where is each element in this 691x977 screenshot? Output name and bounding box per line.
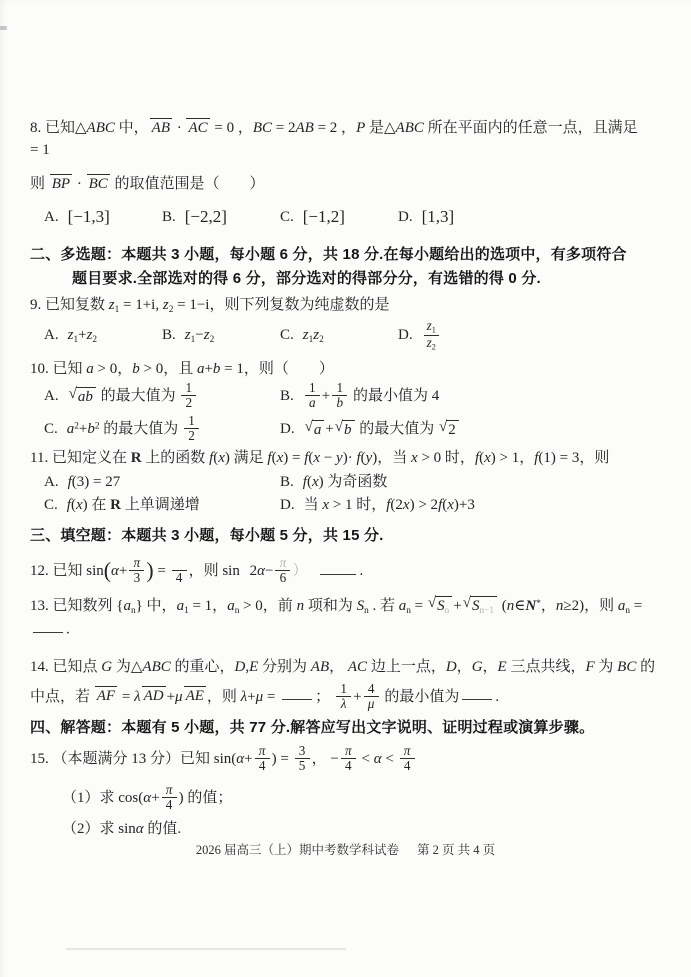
option-value: z1−z2 [185,325,214,347]
fraction-numerator: π [129,556,144,571]
math-var: AE [186,688,204,704]
faint-print: n [445,598,450,614]
text-run: ) 满足 [225,450,268,466]
option-a: A.[−1,3] [44,205,162,230]
vector-overline: AB [150,118,172,137]
text-run: ，则 sin [189,563,244,579]
text-run: . [359,563,363,579]
text-run [177,555,180,570]
text-run: 的值. [144,821,182,837]
math-var: BC [253,120,272,136]
option-label: D. [398,207,413,229]
text-run: + [244,751,252,767]
fraction-numerator: π [162,783,177,798]
option-label: A. [44,386,59,408]
answer-blank [462,685,492,700]
question-11-stem: 11. 已知定义在 R 上的函数 f(x) 满足 f(x) = f(x − y)… [30,448,673,470]
text-run: 4 [166,797,173,812]
fraction-numerator: π [341,744,356,759]
math-var: π [166,782,173,797]
text-run: 的最小值为 [381,688,460,704]
footer-exam-title: 2026 届高三（上）期中考数学科试卷 [196,843,399,857]
math-var: α [374,751,382,767]
question-15-part-1: （1）求 cos(α+π4) 的值； [30,784,673,813]
text-run: ≥2)，则 [563,598,617,614]
footer-page-number: 第 2 页 共 4 页 [417,843,495,857]
text-run: [−1,3] [68,207,110,226]
fraction-numerator: 1 [181,381,196,396]
text-run: = 1，则（ ） [220,361,333,377]
question-14-line-2: 中点，若 AF = λAD+μAE，则 λ+μ = ；1λ+4μ 的最小值为. [30,683,673,712]
fraction-numerator: 1 [184,414,199,429]
option-c: C.z1z2 [280,325,398,347]
question-8-options: A.[−1,3] B.[−2,2] C.[−1,2] D.[1,3] [30,205,673,230]
question-8: 8. 已知△ABC 中，AB · AC = 0 ，BC = 2AB = 2 ，P… [30,118,673,230]
fraction-denominator: 2 [183,396,196,410]
text-run: 上单调递增 [121,497,200,513]
text-run: = [263,688,279,704]
text-run: } 中， [136,598,177,614]
math-var: AB [296,120,314,136]
math-var: P [356,120,365,136]
exam-content: 8. 已知△ABC 中，AB · AC = 0 ，BC = 2AB = 2 ，P… [30,118,673,848]
math-var: AC [188,120,207,136]
section-3-header: 三、填空题：本题共 3 小题，每小题 5 分，共 15 分. [30,525,673,547]
text-run: 是△ [365,120,395,136]
option-c: C.f(x) 在 R 上单调递增 [44,495,280,517]
text-run: 4 [259,758,266,773]
text-run: ） [292,563,307,579]
question-11-options-row-1: A.f(3) = 27 B.f(x) 为奇函数 [30,472,673,494]
question-8-line-1: 8. 已知△ABC 中，AB · AC = 0 ，BC = 2AB = 2 ，P… [30,118,673,162]
fraction-numerator: 4 [364,682,379,697]
faint-print: ） [292,563,307,579]
text-run: [−2,2] [185,207,227,226]
fraction-denominator: μ [365,697,378,711]
text-run: 3 [134,570,141,585]
math-var: x [312,474,319,490]
text-run: 中， [115,120,149,136]
math-var: α [257,563,265,579]
text-run: ) = [283,450,304,466]
text-run: (2 [390,497,403,513]
text-run: 的最大值为 [356,421,439,437]
text-run: 2 [448,422,456,438]
math-var: μ [175,688,183,704]
text-run: 4 [368,681,375,696]
vector-overline: BP [50,174,72,193]
text-run: + [453,598,461,614]
text-run: = 1， [189,598,227,614]
option-value: z1z2 [303,325,324,347]
subscript: 2 [210,335,215,345]
text-run: 项和为 [304,598,357,614]
text-run: + [322,388,330,404]
answer-blank [320,559,356,574]
text-run: = [411,598,427,614]
option-label: D. [280,495,295,517]
option-label: A. [44,207,59,229]
faint-print: π [280,555,287,570]
vector-overline: BC [87,174,110,193]
math-bold: R [131,450,142,466]
fraction-numerator: 3 [295,744,310,759]
math-var: G [472,659,483,675]
option-a: A.√ab 的最大值为 12 [44,382,280,411]
math-var: x [218,450,225,466]
text-run: )，当 [372,450,411,466]
text-run: 上的函数 [142,450,210,466]
option-value: [−2,2] [185,205,227,230]
math-bold: R [110,497,121,513]
fraction: π6 [275,556,290,585]
text-run: 所在平面内的任意一点，且满足 [424,120,638,136]
option-value: z1z2 [422,320,441,353]
math-var: π [280,555,287,570]
text-run: ( [498,598,507,614]
answer-blank [282,685,312,700]
option-value: f(x) 为奇函数 [303,472,388,494]
text-run: ， − [312,751,339,767]
text-run: = [630,598,642,614]
option-label: D. [398,325,413,347]
text-run: = 1−i，则下列复数为纯虚数的是 [173,297,389,313]
radicand: ab [76,387,96,406]
text-run: )+3 [454,497,475,513]
text-run: ) = [272,751,293,767]
text-run: ) > 1， [491,450,534,466]
math-var: x [403,497,410,513]
text-run: )· [343,450,357,466]
text-run: + [204,361,212,377]
radicand: b [342,420,355,439]
text-run: 1 [186,380,193,395]
math-var: BP [52,176,70,192]
text-run: ) 在 [83,497,111,513]
text-run: 2 [188,428,195,443]
question-11-options-row-2: C.f(x) 在 R 上单调递增 D.当 x > 1 时，f(2x) > 2f(… [30,495,673,517]
option-label: D. [280,419,295,441]
text-run: 4 [404,758,411,773]
fraction-denominator: b [333,396,346,410]
fraction-numerator [172,556,187,571]
subscript: 2 [92,335,97,345]
square-root: √2 [439,420,459,439]
fraction: π4 [162,783,177,812]
option-c: C.a2+b2 的最大值为 12 [44,415,280,444]
question-13-stem: 13. 已知数列 {an} 中，a1 = 1，an > 0，前 n 项和为 Sn… [30,596,673,641]
question-10: 10. 已知 a > 0，b > 0，且 a+b = 1，则（ ） A.√ab … [30,359,673,444]
faint-print: n−1 [479,598,494,614]
radicand: a [312,420,325,439]
text-run: = 0 ， [211,120,253,136]
fraction-numerator: 1 [336,682,351,697]
text-run: 9. 已知复数 [30,297,109,313]
fraction-denominator: 4 [256,759,269,773]
subscript: 1 [432,325,436,334]
fraction: π4 [400,744,415,773]
fraction: 1λ [336,682,351,711]
math-var: π [404,743,411,758]
question-9-stem: 9. 已知复数 z1 = 1+i, z2 = 1−i，则下列复数为纯虚数的是 [30,295,673,317]
square-root: √Sn−1 [463,596,497,617]
text-run: ， [457,659,472,675]
subscript: n [445,606,450,616]
text-run: + [353,688,361,704]
option-d: D.√a+√b 的最大值为 √2 [280,419,460,441]
text-run: = 2 [272,120,295,136]
math-var: E [498,659,507,675]
math-bold-italic: N [525,598,536,614]
text-run: 6 [280,570,287,585]
text-run: > 0，且 [140,361,197,377]
question-15-stem: 15. （本题满分 13 分）已知 sin(α+π4) = 35， −π4 < … [30,745,673,774]
text-run: + [325,421,333,437]
text-run: 2 [250,563,258,579]
fraction-denominator: a [306,396,319,410]
text-run: (1) = 3，则 [538,450,609,466]
option-label: B. [162,325,176,347]
math-var: b [336,395,343,410]
answer-blank [33,618,63,633]
math-var: AF [97,688,115,704]
math-var: π [345,743,352,758]
text-run: 4 [345,758,352,773]
subscript: n−1 [479,606,494,616]
math-var: AB [152,120,170,136]
text-run: − [320,450,336,466]
question-10-options-row-1: A.√ab 的最大值为 12 B.1a+1b 的最小值为 4 [30,382,673,411]
vector-overline: AD [142,686,166,705]
math-var: AB [311,659,329,675]
option-value: z1+z2 [68,325,97,347]
fraction-denominator: 5 [296,759,309,773]
question-14-line-1: 14. 已知点 G 为△ABC 的重心，D,E 分别为 AB， AC 边上一点，… [30,657,673,679]
option-value: 1a+1b 的最小值为 4 [303,382,439,411]
math-var: λ [341,696,347,711]
text-run: · [73,176,86,192]
option-d: D.[1,3] [398,205,454,230]
math-var: F [585,659,594,675]
question-10-stem: 10. 已知 a > 0，b > 0，且 a+b = 1，则（ ） [30,359,673,381]
text-run: = 2 ， [314,120,356,136]
text-run: 12. 已知 sin [30,563,104,579]
text-run: 的最小值为 4 [349,388,439,404]
question-8-line-2: 则 BP · BC 的取值范围是（ ） [30,174,673,196]
math-var: n [297,598,305,614]
text-run: + [167,688,175,704]
fraction: π4 [255,744,270,773]
fraction-denominator: 4 [401,759,414,773]
section-2-multiple-choice: 二、多选题：本题共 3 小题，每小题 6 分，共 18 分.在每小题给出的选项中… [30,244,673,290]
text-run: 11. 已知定义在 [30,450,131,466]
text-run: 13. 已知数列 { [30,598,123,614]
radicand: Sn−1 [470,596,497,617]
text-run: + [119,563,127,579]
option-value: 当 x > 1 时，f(2x) > 2f(x)+3 [304,495,475,517]
math-var: α [111,563,119,579]
math-var: a [177,598,185,614]
math-var: G [101,659,112,675]
math-var: ABC [87,120,115,136]
option-label: B. [280,386,294,408]
text-run: < [382,751,398,767]
option-a: A.f(3) = 27 [44,472,280,494]
text-run: 4 [176,570,183,585]
text-run: . [66,621,70,637]
math-var: AC [348,659,367,675]
fraction: z1z2 [424,319,439,352]
math-var: ABC [396,120,424,136]
fraction: 4μ [364,682,379,711]
text-run: 1 [336,380,343,395]
text-run: > 0 时， [418,450,475,466]
option-value: [−1,3] [68,205,110,230]
fraction: 35 [295,744,310,773]
option-b: B.1a+1b 的最小值为 4 [280,382,439,411]
text-run: − [195,327,203,343]
option-value: [1,3] [422,205,455,230]
question-15-part-2: （2）求 sinα 的值. [30,819,673,841]
radicand: Sn [435,596,452,617]
text-run: （1）求 cos( [62,790,143,806]
question-9: 9. 已知复数 z1 = 1+i, z2 = 1−i，则下列复数为纯虚数的是 A… [30,295,673,352]
section-2-header-line-2: 题目要求.全部选对的得 6 分，部分选对的得部分分，有选错的得 0 分. [30,268,673,290]
math-var: S [357,598,365,614]
text-run: 的最大值为 [100,421,183,437]
section-4-free-response: 四、解答题：本题有 5 小题，共 77 分.解答应写出文字说明、证明过程或演算步… [30,717,673,840]
fraction-denominator: 6 [277,571,290,585]
text-run: > 1 时， [329,497,386,513]
math-var: π [259,743,266,758]
option-label: B. [280,472,294,494]
text-run: + [247,688,255,704]
option-d: D.z1z2 [398,320,441,353]
text-run: + [78,327,86,343]
text-run: ∈ [514,598,525,614]
text-run: − [265,563,273,579]
text-run: 则 [30,176,49,192]
text-run: · [173,120,186,136]
text-run: 1 [188,413,195,428]
text-run: ，则 [207,688,241,704]
text-run: ) 为奇函数 [319,474,388,490]
radicand: 2 [446,420,459,439]
text-run: = 1+i, [119,297,163,313]
math-var: a [309,395,316,410]
fraction-denominator: 4 [342,759,355,773]
text-run: = 1 [30,142,50,158]
text-run: ) > 2 [410,497,438,513]
text-run: 为 [595,659,618,675]
text-run: > 0， [94,361,132,377]
option-label: A. [44,472,59,494]
text-run: > 0，前 [239,598,296,614]
big-paren: ( [104,559,111,583]
text-run: 当 [304,497,323,513]
text-run: = [154,563,170,579]
text-run: . [495,688,499,704]
math-var: y [336,450,343,466]
fraction-denominator: 3 [131,571,144,585]
text-run: （2）求 sin [62,821,136,837]
math-var: b [344,422,352,438]
text-run: 1 [340,681,347,696]
math-var: α [136,821,144,837]
text-run: < [358,751,374,767]
option-label: C. [44,419,58,441]
option-value: √a+√b 的最大值为 √2 [304,419,460,441]
fraction: 4 [172,556,187,585]
text-run: 2 [186,395,193,410]
text-run: 分别为 [258,659,311,675]
question-12-stem: 12. 已知 sin(α+π3) = 4，则 sin 2α−π6）. [30,557,673,586]
scan-artifact [0,26,7,30]
question-10-options-row-2: C.a2+b2 的最大值为 12 D.√a+√b 的最大值为 √2 [30,415,673,444]
math-var: a [86,361,94,377]
square-root: √a [305,420,325,439]
math-var: BC [89,176,108,192]
text-run: 14. 已知点 [30,659,101,675]
option-label: B. [162,207,176,229]
text-run: ， [329,659,348,675]
option-d: D.当 x > 1 时，f(2x) > 2f(x)+3 [280,495,475,517]
math-var: ab [78,389,93,405]
math-var: α [236,751,244,767]
fraction-denominator: 4 [163,798,176,812]
text-run: 边上一点， [367,659,446,675]
subscript: 2 [432,342,436,351]
fraction: π3 [129,556,144,585]
text-run: ； [315,688,330,704]
section-4-header: 四、解答题：本题有 5 小题，共 77 分.解答应写出文字说明、证明过程或演算步… [30,717,673,739]
math-var: b [87,421,95,437]
option-value: a2+b2 的最大值为 12 [67,415,201,444]
text-run: 1 [309,380,316,395]
fraction-denominator: 4 [173,571,186,585]
text-run: = [118,688,134,704]
exam-page: 8. 已知△ABC 中，AB · AC = 0 ，BC = 2AB = 2 ，P… [0,0,691,977]
math-var: π [134,555,141,570]
fraction-numerator: π [400,744,415,759]
text-run: + [151,790,159,806]
big-paren: ) [146,559,153,583]
option-label: C. [280,325,294,347]
text-run: (3) = 27 [72,474,120,490]
question-11: 11. 已知定义在 R 上的函数 f(x) 满足 f(x) = f(x − y)… [30,448,673,517]
option-b: B.z1−z2 [162,325,280,347]
math-var: D [235,659,246,675]
question-9-options: A.z1+z2 B.z1−z2 C.z1z2 D.z1z2 [30,320,673,353]
fraction-numerator: z1 [424,319,439,336]
fraction-numerator: π [255,744,270,759]
fraction: 12 [184,414,199,443]
text-run: ， [483,659,498,675]
math-var: x [76,497,83,513]
fraction: 12 [181,381,196,410]
math-var: AD [144,688,164,704]
vector-overline: AF [95,686,117,705]
section-2-header-line-1: 二、多选题：本题共 3 小题，每小题 6 分，共 18 分.在每小题给出的选项中… [30,244,673,266]
math-var: x [447,497,454,513]
math-var: x [484,450,491,466]
vector-overline: AE [184,686,206,705]
text-run: ， [541,598,556,614]
text-run: 的重心， [171,659,235,675]
math-var: α [143,790,151,806]
option-b: B.f(x) 为奇函数 [280,472,387,494]
option-label: A. [44,325,59,347]
